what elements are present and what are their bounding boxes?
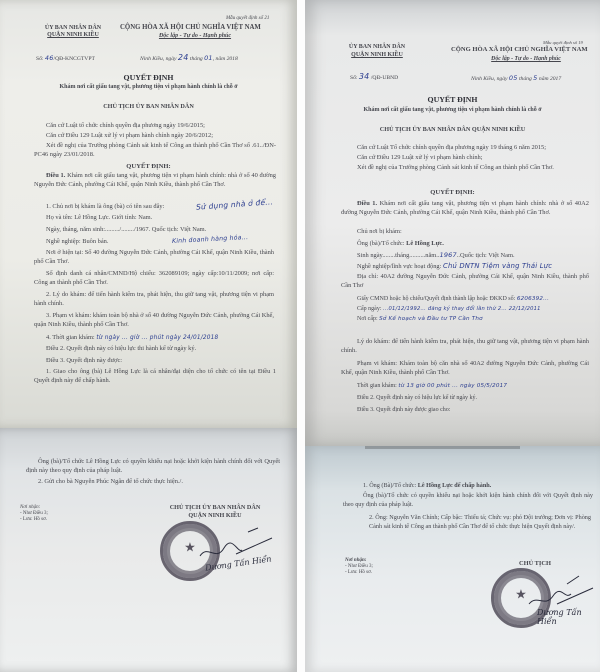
residence-line: Nơi ở hiện tại: Số 40 đường Nguyễn Đức C…: [34, 249, 274, 266]
place-date: Ninh Kiều, ngày 05 tháng 5 năm 2017: [471, 74, 561, 83]
signer-name: Dương Tấn Hiển: [537, 608, 600, 626]
basis-3: Xét đề nghị của Trưởng phòng Cảnh sát ki…: [341, 164, 589, 173]
page-crease: [365, 446, 520, 449]
basis-1: Căn cứ Luật tổ chức chính quyền địa phươ…: [34, 122, 274, 131]
issue-date-line: Cấp ngày: ...01/12/1992... đăng ký thay …: [357, 305, 541, 313]
handwritten-note-1: Sử dụng nhà ở để...: [196, 198, 273, 211]
motto: Độc lập - Tự do - Hạnh phúc: [120, 32, 270, 40]
handwritten-note-2: Kinh doanh hàng hóa...: [172, 234, 249, 246]
job-line: Nghề nghiệp/lĩnh vực hoạt động: Chủ DNTN…: [357, 262, 552, 271]
document-title: QUYẾT ĐỊNH: [0, 74, 297, 82]
issuer-line2: QUẬN NINH KIỀU: [327, 51, 427, 59]
article-3: Điều 3. Quyết định này được giao cho:: [357, 406, 450, 414]
paper-sheet: Ông (bà)/Tổ chức Lê Hồng Lực có quyền kh…: [0, 428, 297, 672]
name-line: Họ và tên: Lê Hồng Lực. Giới tính: Nam.: [46, 214, 152, 222]
id-line: Giấy CMND hoặc hộ chiếu/Quyết định thành…: [357, 295, 549, 303]
article-1: Điều 1. Khám nơi cất giấu tang vật, phươ…: [341, 200, 589, 217]
scope: Phạm vi khám: Khám toàn bộ căn nhà số 40…: [341, 360, 589, 377]
left-document-bottom-photo: Ông (bà)/Tổ chức Lê Hồng Lực có quyền kh…: [0, 428, 297, 672]
basis-2: Căn cứ Điều 129 Luật xử lý vi phạm hành …: [34, 132, 274, 141]
right-document-top-photo: Mẫu quyết định số 19 ỦY BAN NHÂN DÂN QUẬ…: [305, 0, 600, 446]
article-2: Điều 2. Quyết định này có hiệu lực kể từ…: [357, 394, 477, 402]
article-2: Điều 2. Quyết định này có hiệu lực thi h…: [46, 345, 196, 353]
basis-3: Xét đề nghị của Trưởng phòng Cảnh sát ki…: [34, 142, 276, 159]
right-document-bottom-photo: 1. Ông (Bà)/Tổ chức: Lê Hồng Lực để chấp…: [305, 446, 600, 672]
decision-heading: QUYẾT ĐỊNH:: [0, 163, 297, 171]
birth-line: Sinh ngày........tháng..........năm..196…: [357, 251, 515, 260]
rights-text: Ông (bà)/Tổ chức Lê Hồng Lực có quyền kh…: [26, 458, 280, 475]
id-line: Số định danh cá nhân/CMND/Hộ chiếu: 3620…: [34, 270, 274, 287]
owner-label: Chủ nơi bị khám:: [357, 228, 402, 236]
authority-heading: CHỦ TỊCH ỦY BAN NHÂN DÂN: [0, 103, 297, 111]
item-4: 4. Thời gian khám: từ ngày ... giờ ... p…: [46, 334, 218, 342]
document-title: QUYẾT ĐỊNH: [305, 96, 600, 104]
recipient-2: - Lưu: Hồ sơ.: [345, 570, 372, 576]
decision-heading: QUYẾT ĐỊNH:: [305, 189, 600, 197]
article-3: Điều 3. Quyết định này được:: [46, 357, 122, 365]
article-3-item-2: 2. Ông: Nguyễn Văn Chính; Cấp bậc: Thiếu…: [369, 514, 591, 531]
handwritten-number: 46: [45, 54, 54, 62]
form-note: Mẫu quyết định số 21: [226, 15, 269, 23]
reason: Lý do khám: để tiến hành kiểm tra, phát …: [341, 338, 589, 355]
country-name: CỘNG HÒA XÃ HỘI CHỦ NGHĨA VIỆT NAM: [451, 46, 588, 54]
time-line: Thời gian khám: từ 13 giờ 00 phút ... ng…: [357, 382, 507, 390]
star-emblem-icon: ★: [515, 588, 527, 603]
article-3-item-2: 2. Gửi cho bà Nguyễn Phúc Ngân để tổ chứ…: [38, 478, 183, 486]
item-3: 3. Phạm vi khám: khám toàn bộ nhà ở số 4…: [34, 312, 274, 329]
document-number: Số: 34 /QĐ-UBND: [350, 73, 398, 82]
job-line: Nghề nghiệp: Buôn bán.: [46, 238, 108, 246]
rights-text: Ông (bà)/Tổ chức có quyền khiếu nại hoặc…: [343, 492, 593, 509]
signer-title-1: CHỦ TỊCH ỦY BAN NHÂN DÂN: [140, 504, 290, 512]
document-number: Số: 46/QĐ-KNCGTVPT: [36, 54, 95, 63]
address-line: Địa chỉ: 40A2 đường Nguyễn Đức Cảnh, phư…: [341, 273, 589, 290]
article-3-item-1: 1. Ông (Bà)/Tổ chức: Lê Hồng Lực để chấp…: [363, 482, 491, 490]
paper-sheet: 1. Ông (Bà)/Tổ chức: Lê Hồng Lực để chấp…: [305, 446, 600, 672]
country-name: CỘNG HÒA XÃ HỘI CHỦ NGHĨA VIỆT NAM: [120, 24, 261, 32]
issue-place-line: Nơi cấp: Sở Kế hoạch và Đầu tư TP Cần Th…: [357, 315, 483, 323]
basis-1: Căn cứ Luật Tổ chức chính quyền địa phươ…: [341, 144, 589, 153]
birth-line: Ngày, tháng, năm sinh:........./........…: [46, 226, 206, 234]
authority-heading: CHỦ TỊCH ỦY BAN NHÂN DÂN QUẬN NINH KIỀU: [305, 126, 600, 134]
owner-line: Ông (bà)/Tổ chức: Lê Hồng Lực.: [357, 240, 444, 248]
signer-title-2: QUẬN NINH KIỀU: [140, 512, 290, 520]
item-2: 2. Lý do khám: để tiến hành kiểm tra, ph…: [34, 291, 274, 308]
left-document-top-photo: Mẫu quyết định số 21 ỦY BAN NHÂN DÂN QUẬ…: [0, 0, 297, 428]
article-1: Điều 1. Khám nơi cất giấu tang vật, phươ…: [34, 172, 276, 189]
motto: Độc lập - Tự do - Hạnh phúc: [451, 55, 600, 63]
basis-2: Căn cứ Điều 129 Luật xử lý vi phạm hành …: [341, 154, 589, 163]
place-date: Ninh Kiều, ngày 24 tháng 01, năm 2018: [140, 54, 238, 63]
recipient-2: - Lưu: Hồ sơ.: [20, 517, 47, 523]
issuer-line2: QUẬN NINH KIỀU: [28, 31, 118, 39]
issuer-line1: ỦY BAN NHÂN DÂN: [327, 43, 427, 51]
star-emblem-icon: ★: [184, 541, 196, 556]
signer-title: CHỦ TỊCH: [505, 560, 565, 568]
article-3-item-1: 1. Giao cho ông (bà) Lê Hồng Lực là cá n…: [34, 368, 276, 385]
document-subtitle: Khám nơi cất giấu tang vật, phương tiện …: [305, 106, 600, 114]
document-subtitle: Khám nơi cất giấu tang vật, phương tiện …: [0, 83, 297, 91]
item-1: 1. Chủ nơi bị khám là ông (bà) có tên sa…: [46, 203, 164, 211]
paper-sheet: Mẫu quyết định số 21 ỦY BAN NHÂN DÂN QUẬ…: [0, 0, 297, 428]
paper-sheet: Mẫu quyết định số 19 ỦY BAN NHÂN DÂN QUẬ…: [305, 0, 600, 446]
